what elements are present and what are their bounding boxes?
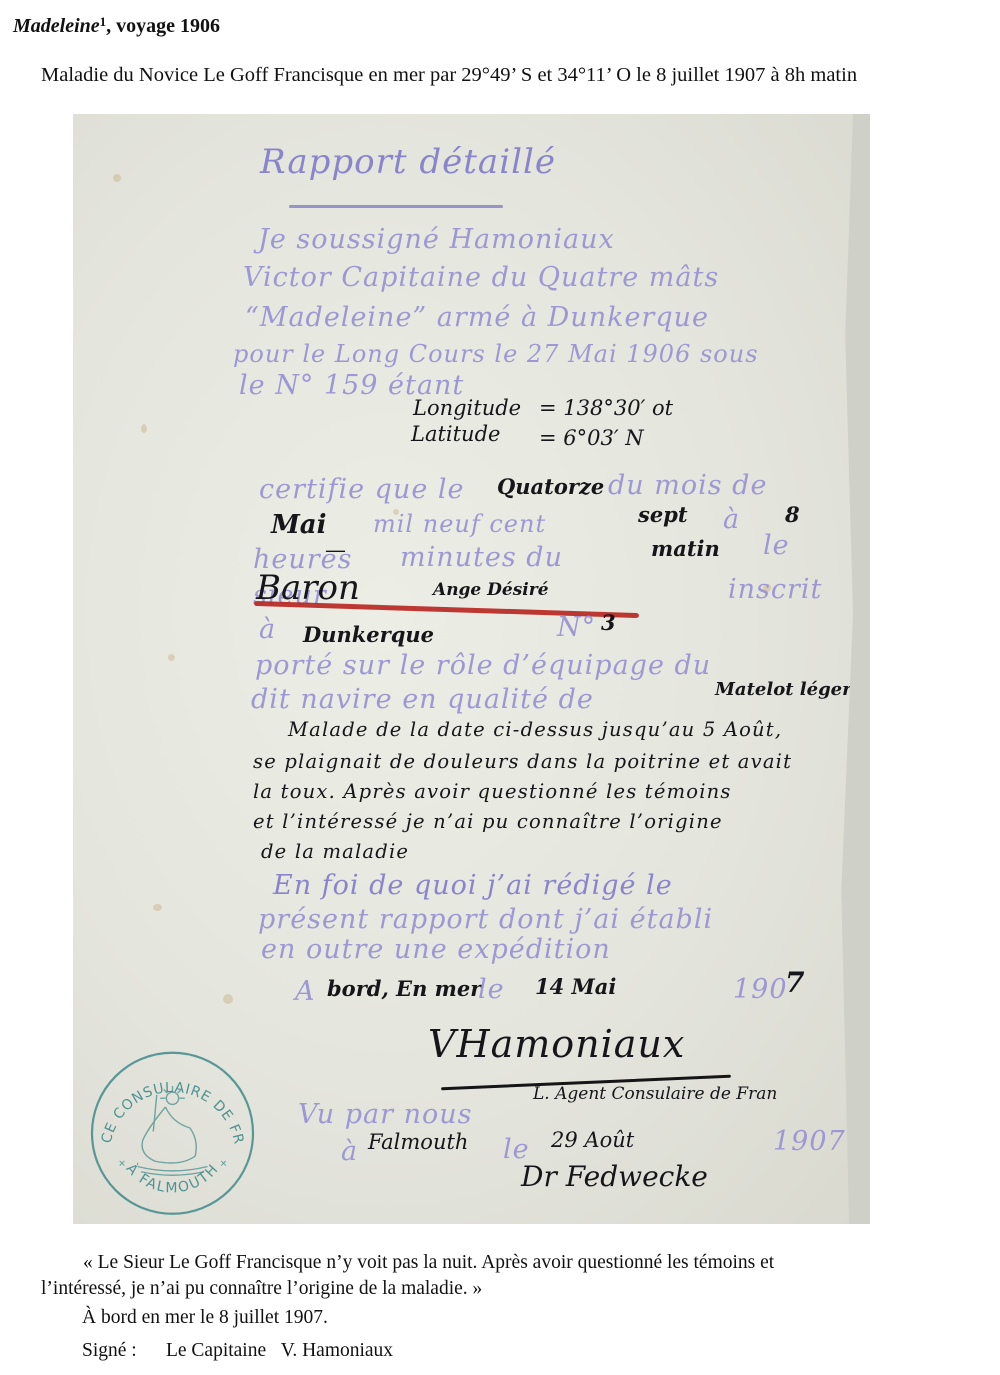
form-line: présent rapport dont j’ai établi xyxy=(258,904,713,935)
form-line: en outre une expédition xyxy=(261,934,611,965)
ship-name: Madeleine xyxy=(13,15,100,37)
report-title: Rapport détaillé xyxy=(260,142,556,182)
form-text: mil neuf cent xyxy=(373,510,546,538)
entry-month: Mai xyxy=(271,510,327,540)
stamp-seal-icon: AGENCE CONSULAIRE DE FRANCE À FALMOUTH ✕… xyxy=(85,1044,260,1219)
visa-place: Falmouth xyxy=(368,1130,468,1154)
svg-text:À FALMOUTH: À FALMOUTH xyxy=(123,1160,223,1196)
consular-stamp: AGENCE CONSULAIRE DE FRANCE À FALMOUTH ✕… xyxy=(85,1044,260,1219)
entry-place: bord, En mer xyxy=(327,976,481,1001)
captain-signature: VHamoniaux xyxy=(428,1022,685,1066)
form-text: dit navire en qualité de xyxy=(251,684,594,715)
entry-day: Quatorze xyxy=(497,474,604,499)
form-line: “Madeleine” armé à Dunkerque xyxy=(245,302,709,333)
form-text: à xyxy=(341,1136,358,1167)
svg-text:✕: ✕ xyxy=(118,1159,125,1169)
entry-registry-number: 3 xyxy=(601,610,616,635)
report-line: la toux. Après avoir questionné les témo… xyxy=(253,780,732,803)
svg-text:✕: ✕ xyxy=(220,1159,227,1169)
latitude-label: Latitude xyxy=(411,422,500,446)
form-text: certifie que le xyxy=(259,474,465,505)
form-line: pour le Long Cours le 27 Mai 1906 sous xyxy=(233,340,759,368)
form-text: inscrit xyxy=(728,574,822,605)
stain xyxy=(168,654,175,661)
title-underline xyxy=(289,205,503,208)
signed-label: Signé : xyxy=(82,1340,137,1362)
entry-rank: Matelot léger xyxy=(715,679,852,700)
form-line: En foi de quoi j’ai rédigé le xyxy=(273,870,673,901)
stain xyxy=(113,174,121,182)
longitude-label: Longitude xyxy=(413,396,521,420)
paper-sheet: Rapport détaillé Je soussigné Hamoniaux … xyxy=(73,114,853,1224)
transcription-signature: Signé : Le Capitaine V. Hamoniaux xyxy=(82,1340,393,1362)
form-line: Je soussigné Hamoniaux xyxy=(258,224,615,255)
form-line: Victor Capitaine du Quatre mâts xyxy=(243,262,719,293)
form-text: du mois de xyxy=(608,470,767,501)
form-text: A xyxy=(295,976,316,1007)
document-subtitle: Maladie du Novice Le Goff Francisque en … xyxy=(41,64,857,87)
form-text: à xyxy=(723,504,740,535)
stain xyxy=(153,904,162,911)
visa-agent: L. Agent Consulaire de Fran xyxy=(533,1084,777,1104)
visa-signature: Dr Fedwecke xyxy=(521,1160,708,1193)
signer-name: V. Hamoniaux xyxy=(281,1340,393,1362)
quote-line: l’intéressé, je n’ai pu connaître l’orig… xyxy=(41,1276,941,1302)
report-line: Malade de la date ci-dessus jusqu’au 5 A… xyxy=(288,718,782,741)
form-text: porté sur le rôle d’équipage du xyxy=(255,650,711,681)
report-line: de la maladie xyxy=(261,840,409,863)
form-text: 190 xyxy=(733,974,788,1005)
form-text: le xyxy=(478,974,505,1005)
svg-text:AGENCE CONSULAIRE DE FRANCE: AGENCE CONSULAIRE DE FRANCE xyxy=(85,1044,247,1146)
report-line: et l’intéressé je n’ai pu connaître l’or… xyxy=(253,810,723,833)
visa-date: 29 Août xyxy=(551,1128,634,1152)
transcription-closing: À bord en mer le 8 juillet 1907. xyxy=(82,1307,328,1329)
signer-role: Le Capitaine xyxy=(166,1340,266,1362)
entry-time-of-day: matin xyxy=(651,536,720,561)
form-text: à xyxy=(259,614,276,645)
form-text: 1907 xyxy=(773,1126,846,1157)
heading-rest: , voyage 1906 xyxy=(106,15,220,37)
longitude-value: = 138°30′ ot xyxy=(539,396,673,420)
latitude-value: = 6°03′ N xyxy=(539,426,644,450)
form-text: minutes du xyxy=(400,542,563,573)
entry-minutes: — xyxy=(325,538,346,562)
entry-year-digit: 7 xyxy=(785,966,804,999)
form-text: N° xyxy=(557,612,596,643)
entry-given-names: Ange Désiré xyxy=(433,580,549,600)
transcription-quote: « Le Sieur Le Goff Francisque n’y voit p… xyxy=(41,1250,941,1302)
entry-registry-port: Dunkerque xyxy=(303,622,434,647)
stain xyxy=(223,994,233,1004)
document-photo: Rapport détaillé Je soussigné Hamoniaux … xyxy=(73,114,870,1224)
form-text: le xyxy=(763,530,790,561)
quote-line: « Le Sieur Le Goff Francisque n’y voit p… xyxy=(41,1250,941,1276)
entry-date: 14 Mai xyxy=(535,974,616,999)
form-text: Vu par nous xyxy=(298,1099,473,1130)
entry-year: sept xyxy=(638,502,688,527)
stain xyxy=(141,424,147,433)
report-line: se plaignait de douleurs dans la poitrin… xyxy=(253,750,792,773)
page-heading: Madeleine1, voyage 1906 xyxy=(13,14,220,38)
entry-hour: 8 xyxy=(785,502,800,527)
